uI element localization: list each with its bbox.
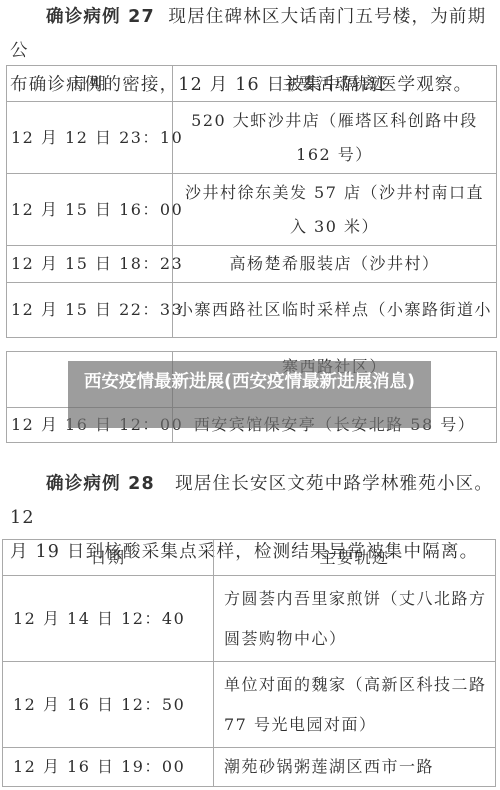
row-date: 12 月 14 日 12：40 [3, 576, 214, 662]
table-row: 12 月 15 日 16：00 沙井村徐东美发 57 店（沙井村南口直入 30 … [7, 174, 497, 246]
case28-track-table: 日期 主要轨迹 12 月 14 日 12：40 方圆荟内吾里家煎饼（丈八北路方圆… [2, 539, 496, 787]
table-row: 12 月 14 日 12：40 方圆荟内吾里家煎饼（丈八北路方圆荟购物中心） [3, 576, 496, 662]
table-row: 12 月 16 日 19：00 潮苑砂锅粥莲湖区西市一路 [3, 748, 496, 787]
row-date: 12 月 15 日 16：00 [7, 174, 173, 246]
row-place: 单位对面的魏家（高新区科技二路 77 号光电园对面） [214, 662, 496, 748]
headline-overlay: 西安疫情最新进展(西安疫情最新进展消息) [68, 361, 431, 428]
row-place: 高杨楚希服装店（沙井村） [173, 246, 497, 283]
row-place: 方圆荟内吾里家煎饼（丈八北路方圆荟购物中心） [214, 576, 496, 662]
case27-track-table: 日期 主要活动轨迹 12 月 12 日 23：10 520 大虾沙井店（雁塔区科… [6, 65, 497, 338]
header-date: 日期 [7, 66, 173, 102]
row-date: 12 月 12 日 23：10 [7, 102, 173, 174]
case27-lead: 确诊病例 27 [46, 7, 155, 27]
header-track: 主要轨迹 [214, 540, 496, 576]
case28-line1: 确诊病例 28 现居住长安区文苑中路学林雅苑小区。12 [10, 467, 494, 535]
headline-title: 西安疫情最新进展(西安疫情最新进展消息) [84, 372, 415, 392]
header-track: 主要活动轨迹 [173, 66, 497, 102]
table-header-row: 日期 主要轨迹 [3, 540, 496, 576]
row-place: 520 大虾沙井店（雁塔区科创路中段 162 号） [173, 102, 497, 174]
table-row: 12 月 16 日 12：50 单位对面的魏家（高新区科技二路 77 号光电园对… [3, 662, 496, 748]
row-place: 小寨西路社区临时采样点（小寨路街道小 [173, 283, 497, 338]
header-date: 日期 [3, 540, 214, 576]
table-row: 12 月 15 日 18：23 高杨楚希服装店（沙井村） [7, 246, 497, 283]
table-row: 12 月 15 日 22：33 小寨西路社区临时采样点（小寨路街道小 [7, 283, 497, 338]
row-place: 潮苑砂锅粥莲湖区西市一路 [214, 748, 496, 787]
row-place: 沙井村徐东美发 57 店（沙井村南口直入 30 米） [173, 174, 497, 246]
case27-line1: 确诊病例 27 现居住碑林区大话南门五号楼，为前期公 [10, 0, 494, 68]
row-date: 12 月 15 日 18：23 [7, 246, 173, 283]
row-date: 12 月 16 日 12：50 [3, 662, 214, 748]
case28-lead: 确诊病例 28 [46, 474, 155, 494]
table-header-row: 日期 主要活动轨迹 [7, 66, 497, 102]
table-row: 12 月 12 日 23：10 520 大虾沙井店（雁塔区科创路中段 162 号… [7, 102, 497, 174]
row-date: 12 月 15 日 22：33 [7, 283, 173, 338]
row-date: 12 月 16 日 19：00 [3, 748, 214, 787]
